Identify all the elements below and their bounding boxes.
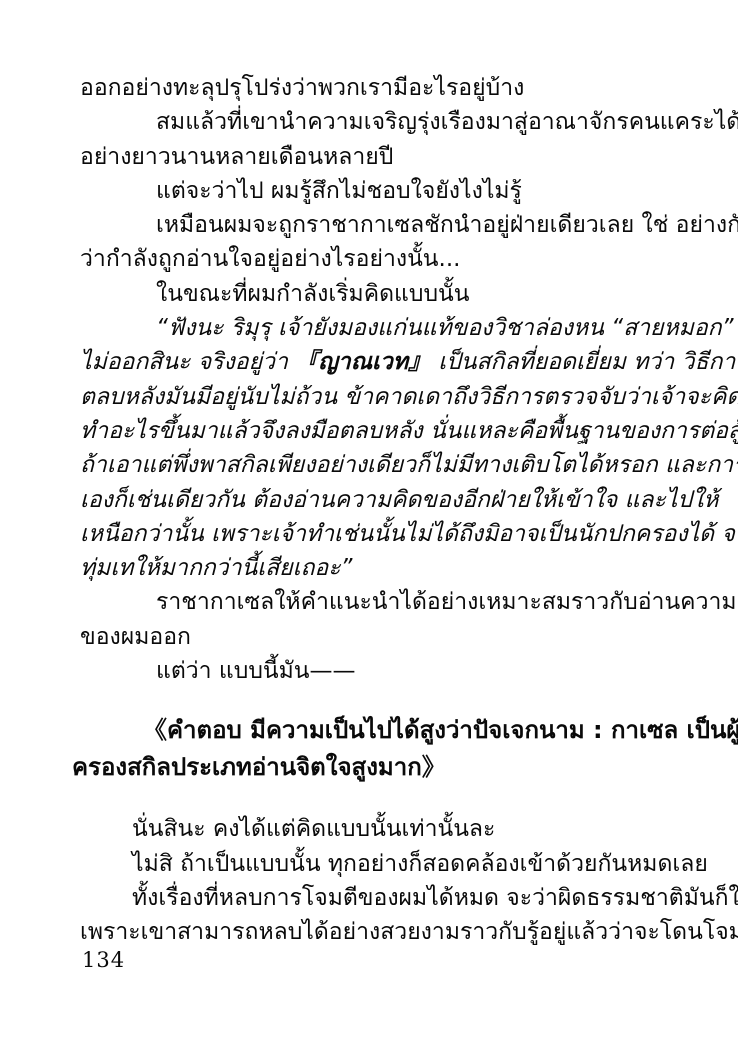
quote-line-with-skill: ไม่ออกสินะ จริงอยู่ว่า 『ญาณเวท』 เป็นสกิล… bbox=[80, 345, 658, 379]
narration-line: ว่ากำลังถูกอ่านใจอยู่อย่างไรอย่างนั้น... bbox=[80, 242, 658, 276]
narration-line: นั่นสินะ คงได้แต่คิดแบบนั้นเท่านั้นละ bbox=[80, 812, 658, 846]
quote-line: เองก็เช่นเดียวกัน ต้องอ่านความคิดของอีกฝ… bbox=[80, 483, 658, 517]
quote-line: ถ้าเอาแต่พึ่งพาสกิลเพียงอย่างเดียวก็ไม่ม… bbox=[80, 448, 658, 482]
quote-line: ทำอะไรขึ้นมาแล้วจึงลงมือตลบหลัง นั่นแหละ… bbox=[80, 414, 658, 448]
answer-line: ครองสกิลประเภทอ่านจิตใจสูงมาก》 bbox=[72, 749, 658, 786]
page-number: 134 bbox=[82, 948, 125, 972]
novel-page: ออกอย่างทะลุปรุโปร่งว่าพวกเรามีอะไรอยู่บ… bbox=[0, 0, 738, 1051]
narration-line: ในขณะที่ผมกำลังเริ่มคิดแบบนั้น bbox=[80, 277, 658, 311]
narration-line: แต่ว่า แบบนี้มัน—— bbox=[80, 654, 658, 688]
narration-line: แต่จะว่าไป ผมรู้สึกไม่ชอบใจยังไงไม่รู้ bbox=[80, 174, 658, 208]
quote-line: เหนือกว่านั้น เพราะเจ้าทำเช่นนั้นไม่ได้ถ… bbox=[80, 517, 658, 551]
narration-line: ไม่สิ ถ้าเป็นแบบนั้น ทุกอย่างก็สอดคล้องเ… bbox=[80, 847, 658, 881]
paragraph-gazel-quote: “ฟังนะ ริมุรุ เจ้ายังมองแก่นแท้ของวิชาล่… bbox=[80, 311, 658, 585]
narration-line: ของผมออก bbox=[80, 620, 658, 654]
narration-line: ราชากาเซลให้คำแนะนำได้อย่างเหมาะสมราวกับ… bbox=[80, 585, 658, 619]
paragraph-closing-narration: นั่นสินะ คงได้แต่คิดแบบนั้นเท่านั้นละ ไม… bbox=[80, 812, 658, 949]
quote-text: เป็นสกิลที่ยอดเยี่ยม ทว่า วิธีการ bbox=[431, 349, 738, 375]
quote-line: ทุ่มเทให้มากกว่านี้เสียเถอะ” bbox=[80, 551, 658, 585]
narration-line: อย่างยาวนานหลายเดือนหลายปี bbox=[80, 140, 658, 174]
narration-line: เหมือนผมจะถูกราชากาเซลชักนำอยู่ฝ่ายเดียว… bbox=[80, 208, 658, 242]
quote-text: ไม่ออกสินะ จริงอยู่ว่า bbox=[80, 349, 295, 375]
narration-line: ออกอย่างทะลุปรุโปร่งว่าพวกเรามีอะไรอยู่บ… bbox=[80, 71, 658, 105]
paragraph-sage-answer: 《คำตอบ มีความเป็นไปได้สูงว่าปัจเจกนาม : … bbox=[72, 712, 658, 786]
narration-line: เพราะเขาสามารถหลบได้อย่างสวยงามราวกับรู้… bbox=[80, 915, 658, 949]
narration-line: ทั้งเรื่องที่หลบการโจมตีของผมได้หมด จะว่… bbox=[80, 881, 658, 915]
narration-line: สมแล้วที่เขานำความเจริญรุ่งเรืองมาสู่อาณ… bbox=[80, 105, 658, 139]
skill-name: 『ญาณเวท』 bbox=[295, 349, 431, 375]
paragraph-after-quote: ราชากาเซลให้คำแนะนำได้อย่างเหมาะสมราวกับ… bbox=[80, 585, 658, 688]
answer-line: 《คำตอบ มีความเป็นไปได้สูงว่าปัจเจกนาม : … bbox=[72, 712, 658, 749]
quote-line: “ฟังนะ ริมุรุ เจ้ายังมองแก่นแท้ของวิชาล่… bbox=[80, 311, 658, 345]
text-column: ออกอย่างทะลุปรุโปร่งว่าพวกเรามีอะไรอยู่บ… bbox=[80, 71, 658, 950]
paragraph-opening-narration: ออกอย่างทะลุปรุโปร่งว่าพวกเรามีอะไรอยู่บ… bbox=[80, 71, 658, 311]
quote-line: ตลบหลังมันมีอยู่นับไม่ถ้วน ข้าคาดเดาถึงว… bbox=[80, 380, 658, 414]
